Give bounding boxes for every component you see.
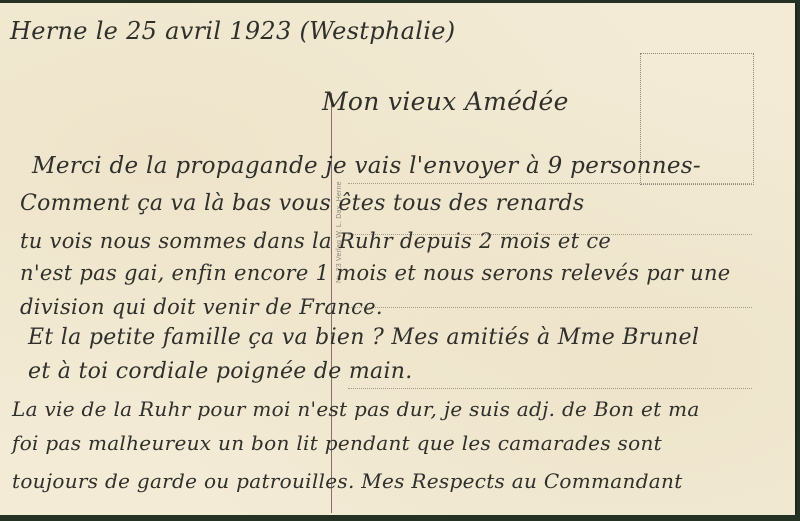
- body-line: La vie de la Ruhr pour moi n'est pas dur…: [12, 397, 700, 421]
- body-line: foi pas malheureux un bon lit pendant qu…: [12, 431, 662, 455]
- body-line: Et la petite famille ça va bien ? Mes am…: [28, 325, 699, 350]
- address-line: [348, 388, 752, 389]
- body-line: n'est pas gai, enfin encore 1 mois et no…: [20, 261, 731, 285]
- body-line: toujours de garde ou patrouilles. Mes Re…: [12, 469, 683, 493]
- body-line: Merci de la propagande je vais l'envoyer…: [32, 153, 701, 179]
- date-line: Herne le 25 avril 1923 (Westphalie): [10, 17, 455, 45]
- postcard-back: Nr. 23 Verlag W. L. Dax, Herne Herne le …: [0, 3, 797, 515]
- address-line: [348, 307, 752, 308]
- body-line: division qui doit venir de France.: [20, 295, 383, 319]
- body-line: et à toi cordiale poignée de main.: [28, 359, 413, 384]
- greeting: Mon vieux Amédée: [322, 87, 569, 116]
- address-line: [348, 183, 752, 184]
- body-line: Comment ça va là bas vous êtes tous des …: [20, 191, 584, 216]
- body-line: tu vois nous sommes dans la Ruhr depuis …: [20, 229, 611, 253]
